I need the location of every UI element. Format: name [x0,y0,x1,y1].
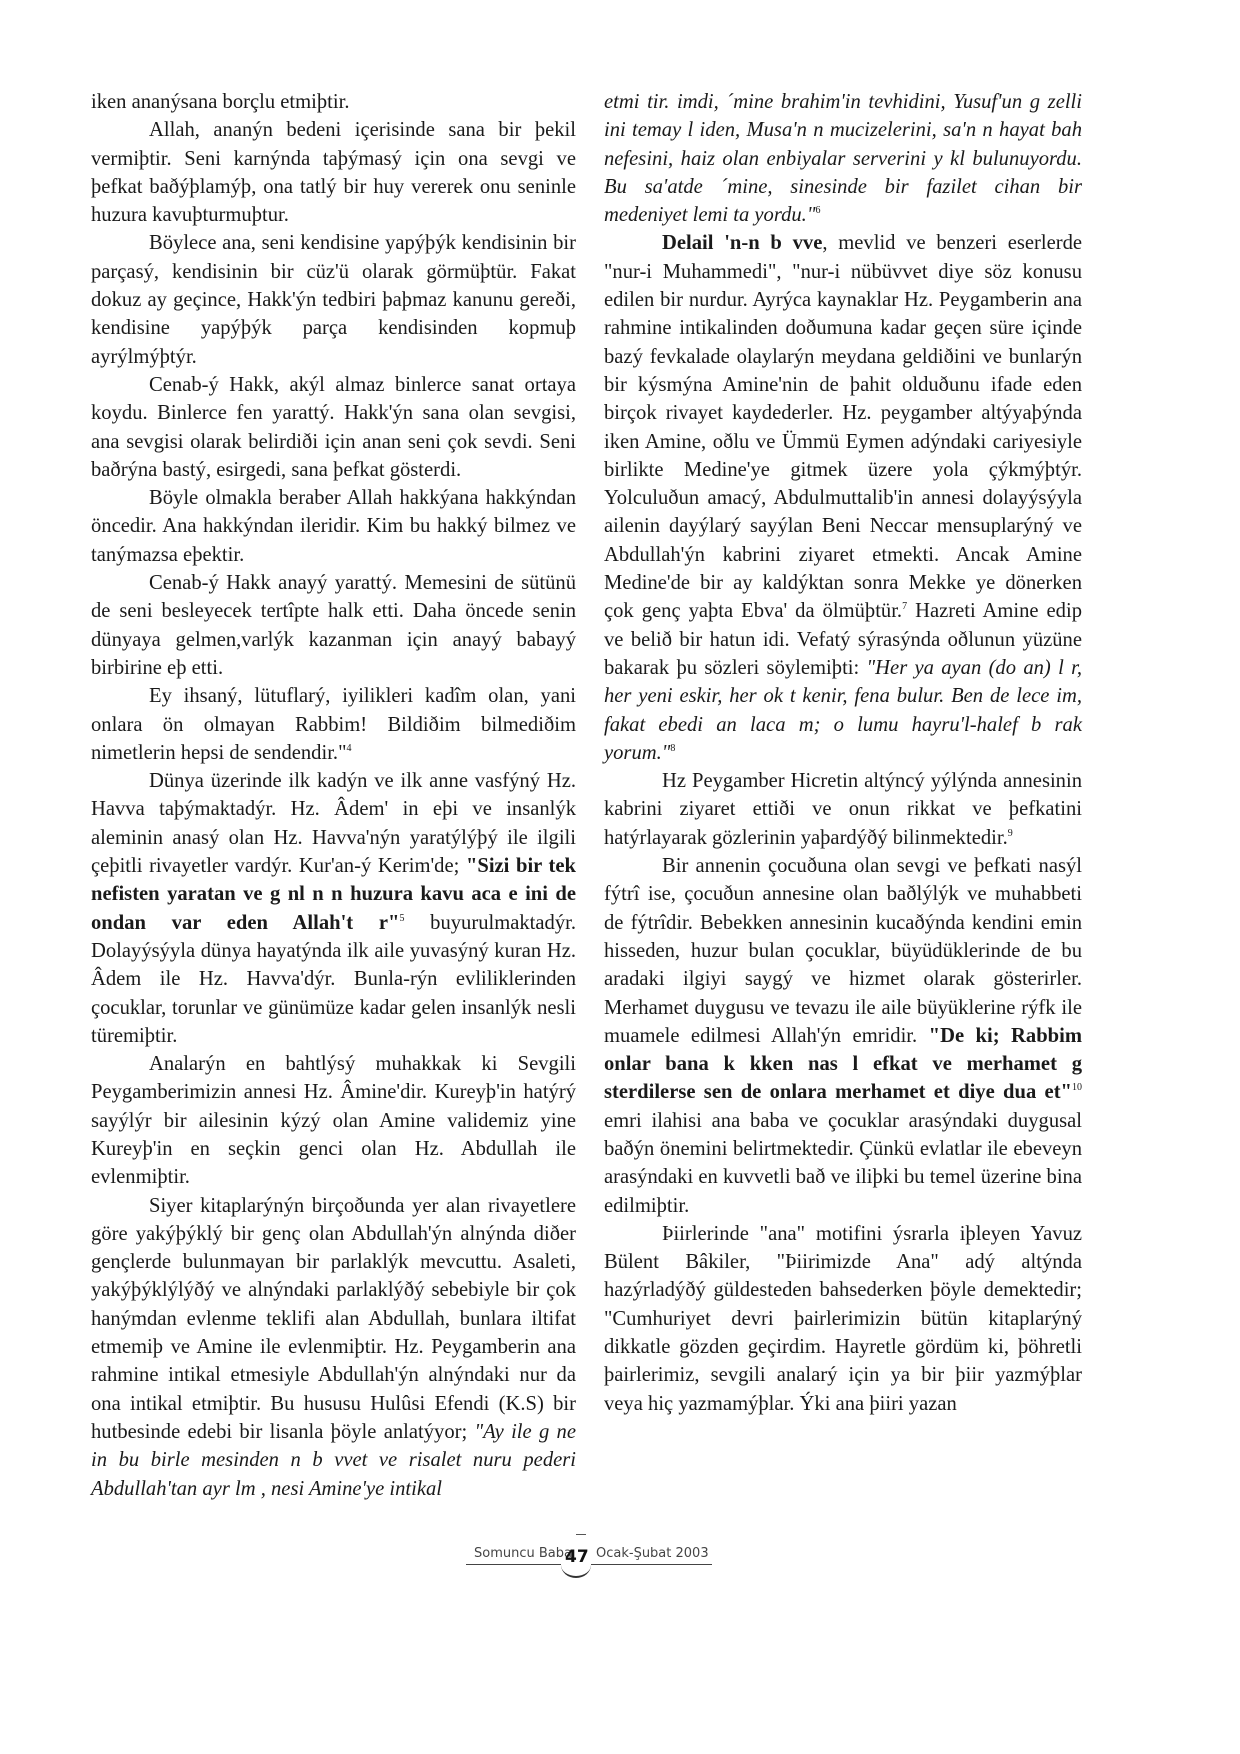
issue-date: Ocak-Şubat 2003 [596,1546,709,1561]
paragraph-hicret: Hz Peygamber Hicretin altýncý yýlýnda an… [604,767,1082,852]
paragraph-text: , mevlid ve benzeri eserlerde "nur-i Muh… [604,232,1082,622]
paragraph: Böylece ana, seni kendisine yapýþýk kend… [91,229,576,370]
paragraph: Cenab-ý Hakk, akýl almaz binlerce sanat … [91,371,576,484]
hutbe-quote: etmi tir. imdi, ´mine brahim'in tevhidin… [604,91,1082,226]
page-footer: Somuncu Baba 47 Ocak-Şubat 2003 [466,1542,712,1568]
paragraph-text: Bir annenin çocuðuna olan sevgi ve þefka… [604,855,1082,1047]
right-column: etmi tir. imdi, ´mine brahim'in tevhidin… [604,88,1082,1418]
paragraph: Analarýn en bahtlýsý muhakkak ki Sevgili… [91,1050,576,1191]
paragraph-text: Ey ihsaný, lütuflarý, iyilikleri kadîm o… [91,685,576,764]
paragraph-text: emri ilahisi ana baba ve çocuklar arasýn… [604,1110,1082,1217]
footnote-marker: 9 [1008,828,1013,839]
paragraph: Böyle olmakla beraber Allah hakkýana hak… [91,484,576,569]
paragraph: iken ananýsana borçlu etmiþtir. [91,88,576,116]
magazine-name: Somuncu Baba [474,1546,572,1561]
footnote-marker: 6 [815,205,820,216]
left-column: iken ananýsana borçlu etmiþtir. Allah, a… [91,88,576,1503]
paragraph-text: Siyer kitaplarýnýn birçoðunda yer alan r… [91,1195,576,1443]
footer-dash [576,1534,586,1535]
quote-continuation: etmi tir. imdi, ´mine brahim'in tevhidin… [604,88,1082,229]
footnote-marker: 4 [346,743,351,754]
paragraph: Cenab-ý Hakk anayý yarattý. Memesini de … [91,569,576,682]
footnote-marker: 10 [1072,1083,1082,1094]
paragraph: Allah, ananýn bedeni içerisinde sana bir… [91,116,576,229]
paragraph: Ey ihsaný, lütuflarý, iyilikleri kadîm o… [91,682,576,767]
paragraph-havva: Dünya üzerinde ilk kadýn ve ilk anne vas… [91,767,576,1050]
book-title: Delail 'n-n b vve [662,232,822,254]
page-number: 47 [565,1547,589,1567]
paragraph-delail: Delail 'n-n b vve, mevlid ve benzeri ese… [604,229,1082,767]
paragraph-siyer: Siyer kitaplarýnýn birçoðunda yer alan r… [91,1192,576,1503]
footnote-marker: 8 [670,743,675,754]
paragraph-annenin: Bir annenin çocuðuna olan sevgi ve þefka… [604,852,1082,1220]
paragraph-siirlerinde: Þiirlerinde "ana" motifini ýsrarla iþley… [604,1220,1082,1418]
